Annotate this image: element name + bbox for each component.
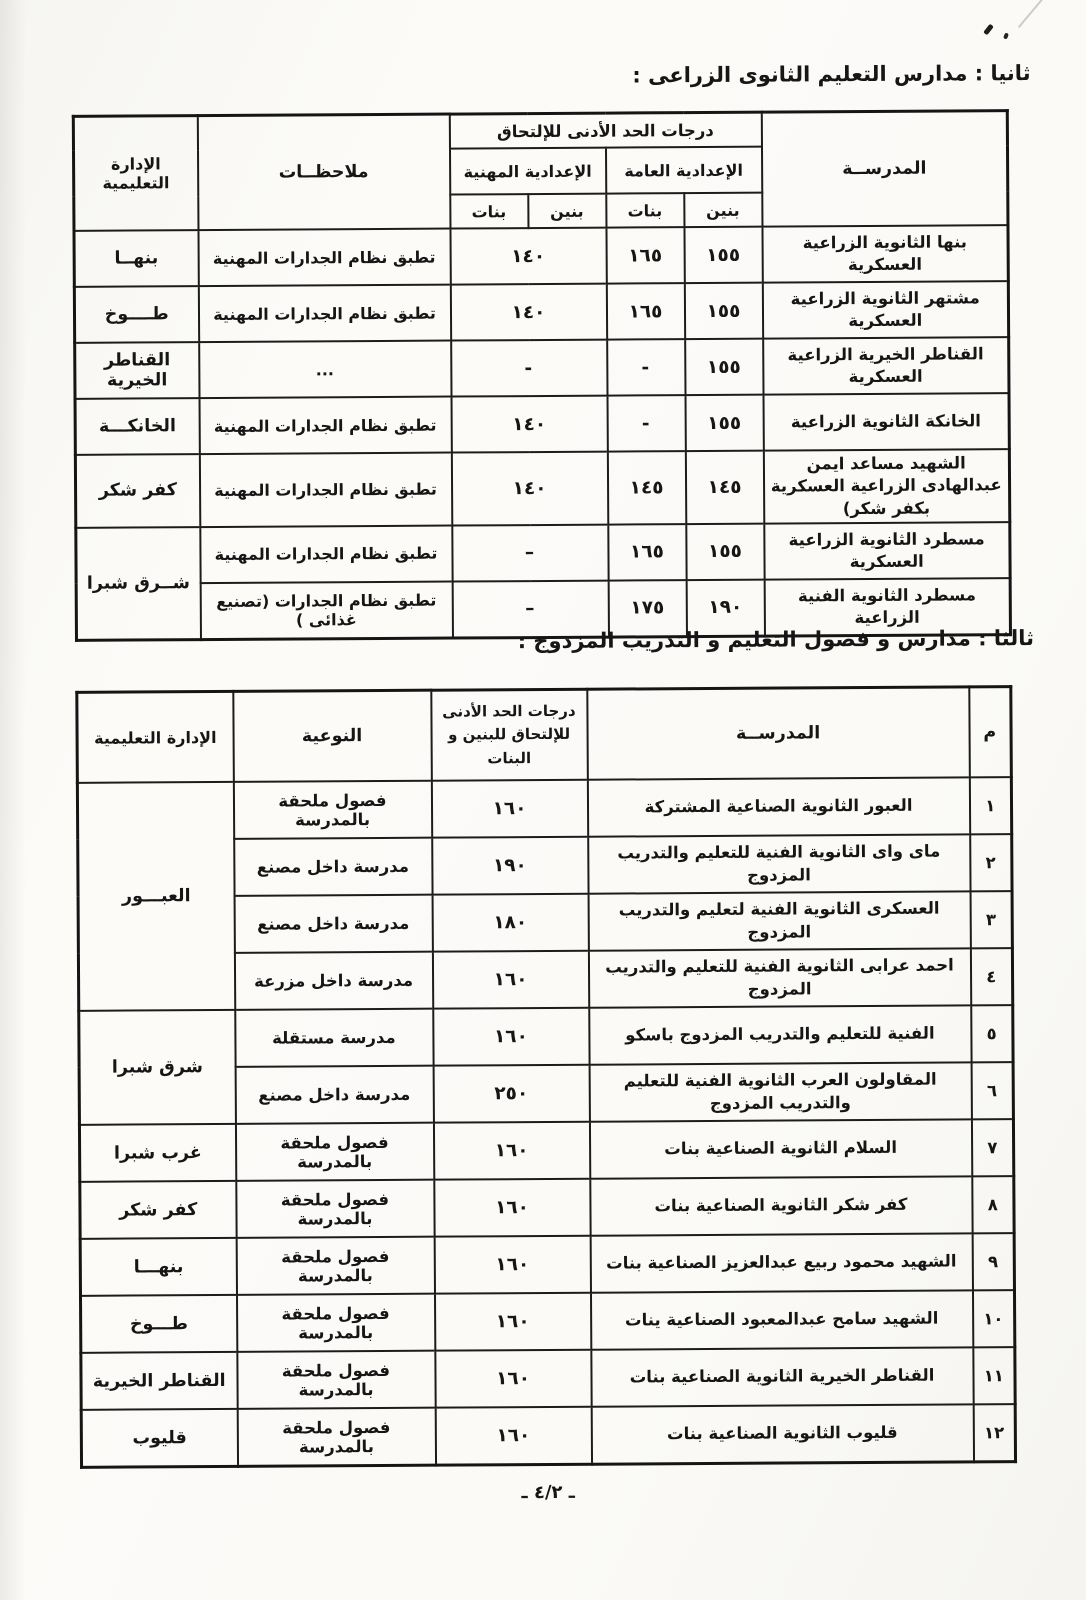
- section-title-dual-education: ثالثا : مدارس و فصول التعليم و التدريب ا…: [518, 626, 1034, 653]
- row-number-cell: ١١: [973, 1347, 1015, 1404]
- header-admin: الإدارة التعليمية: [73, 116, 198, 231]
- grade-cell: ١٦٠: [434, 1236, 590, 1294]
- header-row-number: م: [969, 687, 1012, 778]
- grade-general-boys-cell: ١٥٥: [685, 339, 763, 395]
- type-cell: فصول ملحقة بالمدرسة: [233, 781, 431, 839]
- header-admin: الإدارة التعليمية: [77, 691, 234, 782]
- grade-cell: ١٩٠: [432, 837, 588, 895]
- grade-vocational-cell: –: [452, 524, 608, 581]
- school-cell: قليوب الثانوية الصناعية بنات: [591, 1404, 973, 1464]
- grade-cell: ١٦٠: [431, 780, 587, 838]
- grade-cell: ٢٥٠: [433, 1065, 589, 1123]
- grade-cell: ١٦٠: [435, 1407, 591, 1465]
- table-row: ١ العبور الثانوية الصناعية المشتركة ١٦٠ …: [77, 777, 1011, 840]
- grade-cell: ١٦٠: [434, 1293, 590, 1351]
- grade-cell: ١٦٠: [433, 1008, 589, 1066]
- grade-general-boys-cell: ١٥٥: [685, 395, 763, 451]
- page-content: ثانيا : مدارس التعليم الثانوى الزراعى : …: [0, 0, 1086, 1600]
- grade-cell: ١٦٠: [433, 1122, 589, 1180]
- admin-cell: كفر شكر: [75, 454, 199, 528]
- grade-general-boys-cell: ١٥٥: [684, 283, 762, 339]
- grade-cell: ١٦٠: [432, 951, 588, 1009]
- school-cell: القناطر الخيرية الثانوية الصناعية بنات: [591, 1347, 973, 1406]
- header-general-prep: الإعدادية العامة: [605, 147, 761, 194]
- school-cell: العسكرى الثانوية الفنية لتعليم والتدريب …: [588, 891, 970, 950]
- header-notes: ملاحظــات: [197, 114, 450, 230]
- dual-education-table: م المدرســة درجات الحد الأدنى للإلتحاق ل…: [75, 685, 1017, 1469]
- type-cell: مدرسة داخل مصنع: [235, 1066, 433, 1124]
- row-number-cell: ٣: [970, 891, 1012, 948]
- notes-cell: تطبق نظام الجدارات المهنية: [199, 453, 451, 527]
- school-cell: احمد عرابى الثانوية الفنية للتعليم والتد…: [588, 948, 970, 1007]
- grade-cell: ١٦٠: [435, 1350, 591, 1408]
- grade-vocational-cell: ١٤٠: [450, 284, 606, 341]
- header-boys: بنين: [528, 194, 606, 228]
- admin-cell: بنهــا: [74, 230, 198, 287]
- header-min-grade: درجات الحد الأدنى للإلتحاق للبنين و البن…: [431, 689, 588, 780]
- grade-general-boys-cell: ١٥٥: [684, 227, 762, 283]
- table-row: ١٢ قليوب الثانوية الصناعية بنات ١٦٠ فصول…: [81, 1404, 1015, 1467]
- grade-general-girls-cell: ١٦٥: [606, 227, 684, 283]
- header-boys: بنين: [684, 193, 762, 227]
- row-number-cell: ١٢: [973, 1404, 1015, 1462]
- grade-general-boys-cell: ١٤٥: [685, 451, 763, 524]
- school-cell: المقاولون العرب الثانوية الفنية للتعليم …: [589, 1062, 971, 1121]
- row-number-cell: ٩: [972, 1233, 1014, 1290]
- admin-cell: القناطر الخيرية: [75, 342, 199, 399]
- header-vocational-prep: الإعدادية المهنية: [449, 148, 605, 195]
- type-cell: فصول ملحقة بالمدرسة: [236, 1180, 434, 1238]
- notes-cell: تطبق نظام الجدارات (تصنيع غذائى ): [200, 581, 452, 639]
- row-number-cell: ٦: [971, 1062, 1013, 1119]
- school-cell: الخانكة الثانوية الزراعية: [763, 393, 1009, 451]
- table-row: ٩ الشهيد محمود ربيع عبدالعزيز الصناعية ب…: [80, 1233, 1014, 1296]
- admin-cell: شــرق شبرا: [76, 527, 201, 640]
- type-cell: فصول ملحقة بالمدرسة: [236, 1237, 434, 1295]
- table-row: ٧ السلام الثانوية الصناعية بنات ١٦٠ فصول…: [79, 1119, 1013, 1182]
- admin-cell: القناطر الخيرية: [81, 1352, 237, 1410]
- header-girls: بنات: [450, 194, 528, 228]
- section-title-agricultural-schools: ثانيا : مدارس التعليم الثانوى الزراعى :: [632, 61, 1030, 87]
- grade-cell: ١٨٠: [432, 894, 588, 952]
- row-number-cell: ٤: [970, 948, 1012, 1005]
- header-min-grades-group: درجات الحد الأدنى للإلتحاق: [449, 112, 761, 148]
- grade-general-girls-cell: -: [607, 395, 685, 451]
- type-cell: مدرسة مستقلة: [235, 1009, 433, 1067]
- school-cell: بنها الثانوية الزراعية العسكرية: [762, 225, 1008, 283]
- row-number-cell: ٧: [971, 1119, 1013, 1176]
- row-number-cell: ٥: [971, 1005, 1013, 1062]
- row-number-cell: ٢: [970, 834, 1012, 891]
- table-row: ١٠ الشهيد سامح عبدالمعبود الصناعية ينات …: [80, 1290, 1014, 1353]
- admin-cell: بنهـــا: [80, 1238, 236, 1296]
- type-cell: فصول ملحقة بالمدرسة: [237, 1408, 435, 1467]
- admin-cell: قليوب: [81, 1409, 237, 1467]
- page-number: ـ ٤/٢ ـ: [5, 1479, 1086, 1507]
- school-cell: الفنية للتعليم والتدريب المزدوج باسكو: [589, 1005, 971, 1064]
- admin-cell: طـــوخ: [80, 1295, 236, 1353]
- school-cell: القناطر الخيرية الزراعية العسكرية: [763, 337, 1009, 395]
- school-cell: الشهيد سامح عبدالمعبود الصناعية ينات: [590, 1290, 972, 1349]
- grade-general-boys-cell: ١٥٥: [686, 523, 764, 579]
- school-cell: ماى واى الثانوية الفنية للتعليم والتدريب…: [588, 834, 970, 893]
- grade-vocational-cell: ١٤٠: [451, 452, 607, 526]
- table-row: ٥ الفنية للتعليم والتدريب المزدوج باسكو …: [79, 1005, 1013, 1068]
- table-row: ٨ كفر شكر الثانوية الصناعية بنات ١٦٠ فصو…: [80, 1176, 1014, 1239]
- type-cell: فصول ملحقة بالمدرسة: [235, 1123, 433, 1181]
- grade-cell: ١٦٠: [434, 1179, 590, 1237]
- school-cell: مشتهر الثانوية الزراعية العسكرية: [762, 281, 1008, 339]
- admin-cell: العبـــور: [77, 782, 234, 1011]
- notes-cell: تطبق نظام الجدارات المهنية: [198, 285, 450, 343]
- table-row: مشتهر الثانوية الزراعية العسكرية ١٥٥ ١٦٥…: [74, 281, 1008, 343]
- admin-cell: الخانكـــة: [75, 398, 199, 455]
- grade-general-girls-cell: ١٦٥: [608, 524, 686, 580]
- grade-general-girls-cell: ١٤٥: [607, 451, 685, 524]
- notes-cell: تطبق نظام الجدارات المهنية: [199, 397, 451, 455]
- table-row: الشهيد مساعد ايمن عبدالهادى الزراعية الع…: [75, 449, 1009, 528]
- notes-cell: تطبق نظام الجدارات المهنية: [200, 525, 452, 583]
- table-row: مسطرد الثانوية الزراعية العسكرية ١٥٥ ١٦٥…: [76, 522, 1010, 584]
- admin-cell: غرب شبرا: [79, 1124, 235, 1182]
- type-cell: مدرسة داخل مصنع: [234, 895, 432, 953]
- school-cell: السلام الثانوية الصناعية بنات: [589, 1119, 971, 1178]
- row-number-cell: ١٠: [972, 1290, 1014, 1347]
- school-cell: الشهيد مساعد ايمن عبدالهادى الزراعية الع…: [763, 449, 1009, 523]
- school-cell: العبور الثانوية الصناعية المشتركة: [587, 777, 969, 836]
- grade-general-girls-cell: ١٦٥: [606, 283, 684, 339]
- table-row: الخانكة الثانوية الزراعية ١٥٥ - ١٤٠ تطبق…: [75, 393, 1009, 455]
- grade-vocational-cell: ١٤٠: [451, 396, 607, 453]
- notes-cell: ...: [199, 341, 451, 399]
- grade-vocational-cell: ١٤٠: [450, 228, 606, 285]
- row-number-cell: ٨: [972, 1176, 1014, 1233]
- grade-vocational-cell: -: [451, 340, 607, 397]
- type-cell: فصول ملحقة بالمدرسة: [236, 1294, 434, 1352]
- admin-cell: شرق شبرا: [79, 1010, 236, 1125]
- row-number-cell: ١: [969, 777, 1011, 834]
- header-school: المدرســة: [761, 111, 1008, 227]
- table-row: القناطر الخيرية الزراعية العسكرية ١٥٥ - …: [75, 337, 1009, 399]
- type-cell: فصول ملحقة بالمدرسة: [237, 1351, 435, 1409]
- header-type: النوعية: [233, 690, 432, 782]
- table-row: ١١ القناطر الخيرية الثانوية الصناعية بنا…: [81, 1347, 1015, 1410]
- table-row: بنها الثانوية الزراعية العسكرية ١٥٥ ١٦٥ …: [74, 225, 1008, 287]
- notes-cell: تطبق نظام الجدارات المهنية: [198, 229, 450, 287]
- admin-cell: كفر شكر: [80, 1181, 236, 1239]
- header-girls: بنات: [606, 193, 684, 227]
- type-cell: مدرسة داخل مصنع: [234, 838, 432, 896]
- type-cell: مدرسة داخل مزرعة: [234, 952, 432, 1010]
- grade-general-girls-cell: -: [607, 339, 685, 395]
- school-cell: مسطرد الثانوية الزراعية العسكرية: [764, 522, 1010, 580]
- school-cell: كفر شكر الثانوية الصناعية بنات: [590, 1176, 972, 1235]
- scanned-document-page: ثانيا : مدارس التعليم الثانوى الزراعى : …: [0, 0, 1086, 1600]
- header-school: المدرســة: [587, 687, 970, 780]
- agricultural-schools-table: المدرســة درجات الحد الأدنى للإلتحاق ملا…: [72, 109, 1012, 642]
- admin-cell: طــــوخ: [74, 286, 198, 343]
- school-cell: الشهيد محمود ربيع عبدالعزيز الصناعية بنا…: [590, 1233, 972, 1292]
